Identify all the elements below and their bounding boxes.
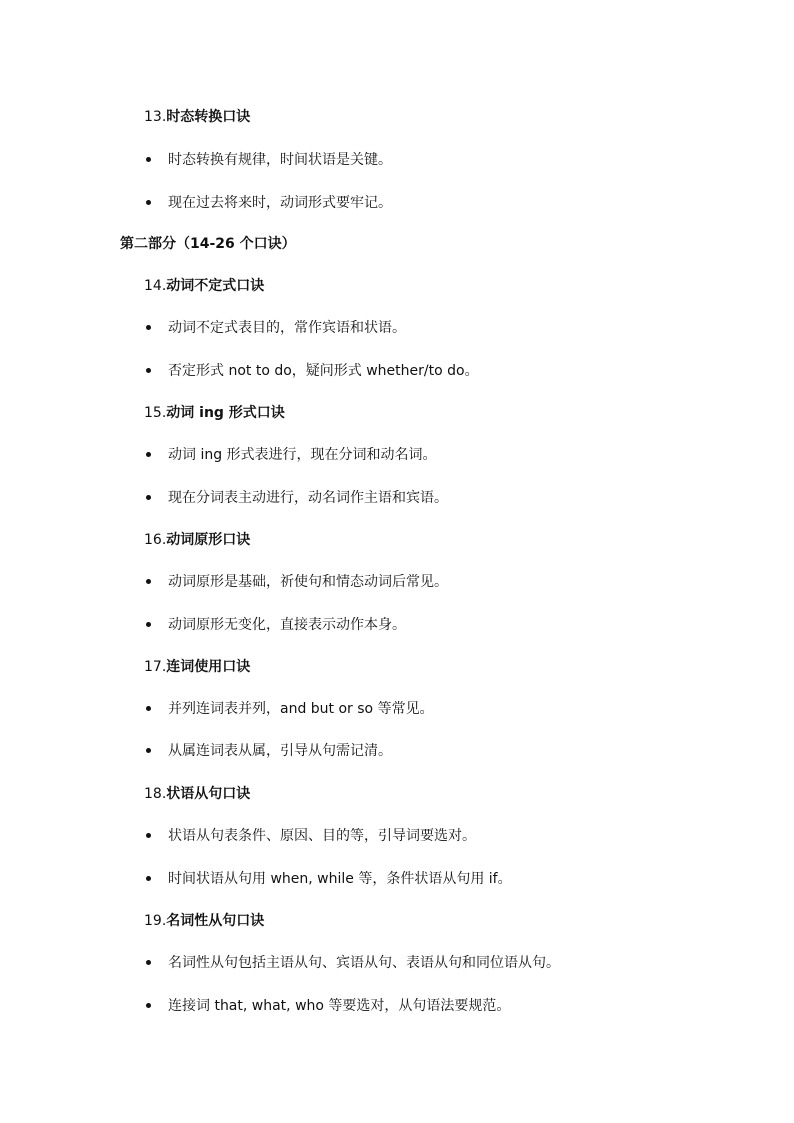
bullet-icon [146,1003,151,1008]
list-item: 从属连词表从属，引导从句需记清。 [146,741,392,761]
bullet-icon [146,833,151,838]
list-item-text: 时态转换有规律，时间状语是关键。 [168,152,392,168]
rule-heading: 16.动词原形口诀 [144,530,250,550]
list-item: 动词原形无变化，直接表示动作本身。 [146,615,406,635]
heading-title: 时态转换口诀 [166,109,250,125]
list-item: 名词性从句包括主语从句、宾语从句、表语从句和同位语从句。 [146,953,560,973]
bullet-icon [146,622,151,627]
list-item: 否定形式 not to do，疑问形式 whether/to do。 [146,361,479,381]
list-item-text: 否定形式 not to do，疑问形式 whether/to do。 [168,363,479,379]
list-item-text: 动词 ing 形式表进行，现在分词和动名词。 [168,447,437,463]
list-item-text: 动词原形无变化，直接表示动作本身。 [168,617,406,633]
document-page: 13.时态转换口诀时态转换有规律，时间状语是关键。现在过去将来时，动词形式要牢记… [0,0,794,1123]
list-item: 连接词 that, what, who 等要选对，从句语法要规范。 [146,996,510,1016]
heading-number: 18. [144,786,166,802]
bullet-icon [146,325,151,330]
bullet-icon [146,200,151,205]
heading-title: 动词原形口诀 [166,532,250,548]
list-item-text: 从属连词表从属，引导从句需记清。 [168,743,392,759]
list-item-text: 动词不定式表目的，常作宾语和状语。 [168,320,406,336]
list-item: 现在过去将来时，动词形式要牢记。 [146,193,392,213]
bullet-icon [146,706,151,711]
rule-heading: 15.动词 ing 形式口诀 [144,403,285,423]
heading-number: 15. [144,405,166,421]
heading-number: 19. [144,913,166,929]
heading-title: 连词使用口诀 [166,659,250,675]
bullet-icon [146,157,151,162]
list-item-text: 并列连词表并列，and but or so 等常见。 [168,701,434,717]
list-item-text: 现在过去将来时，动词形式要牢记。 [168,195,392,211]
rule-heading: 14.动词不定式口诀 [144,276,264,296]
heading-title: 动词 ing 形式口诀 [166,405,285,421]
bullet-icon [146,876,151,881]
list-item: 动词 ing 形式表进行，现在分词和动名词。 [146,445,437,465]
bullet-icon [146,495,151,500]
list-item-text: 连接词 that, what, who 等要选对，从句语法要规范。 [168,998,510,1014]
list-item-text: 时间状语从句用 when, while 等，条件状语从句用 if。 [168,871,512,887]
list-item-text: 现在分词表主动进行，动名词作主语和宾语。 [168,490,448,506]
heading-title: 状语从句口诀 [166,786,250,802]
list-item: 状语从句表条件、原因、目的等，引导词要选对。 [146,826,476,846]
rule-heading: 18.状语从句口诀 [144,784,250,804]
heading-number: 16. [144,532,166,548]
heading-number: 13. [144,109,166,125]
bullet-icon [146,368,151,373]
heading-title: 动词不定式口诀 [166,278,264,294]
rule-heading: 17.连词使用口诀 [144,657,250,677]
bullet-icon [146,452,151,457]
list-item: 动词不定式表目的，常作宾语和状语。 [146,318,406,338]
list-item-text: 状语从句表条件、原因、目的等，引导词要选对。 [168,828,476,844]
rule-heading: 19.名词性从句口诀 [144,911,264,931]
rule-heading: 13.时态转换口诀 [144,107,250,127]
list-item-text: 名词性从句包括主语从句、宾语从句、表语从句和同位语从句。 [168,955,560,971]
section-title: 第二部分（14-26 个口诀） [120,234,296,254]
bullet-icon [146,960,151,965]
heading-number: 14. [144,278,166,294]
bullet-icon [146,748,151,753]
list-item: 时间状语从句用 when, while 等，条件状语从句用 if。 [146,869,512,889]
heading-number: 17. [144,659,166,675]
list-item: 并列连词表并列，and but or so 等常见。 [146,699,434,719]
list-item-text: 动词原形是基础，祈使句和情态动词后常见。 [168,574,448,590]
bullet-icon [146,579,151,584]
list-item: 时态转换有规律，时间状语是关键。 [146,150,392,170]
heading-title: 名词性从句口诀 [166,913,264,929]
list-item: 动词原形是基础，祈使句和情态动词后常见。 [146,572,448,592]
list-item: 现在分词表主动进行，动名词作主语和宾语。 [146,488,448,508]
